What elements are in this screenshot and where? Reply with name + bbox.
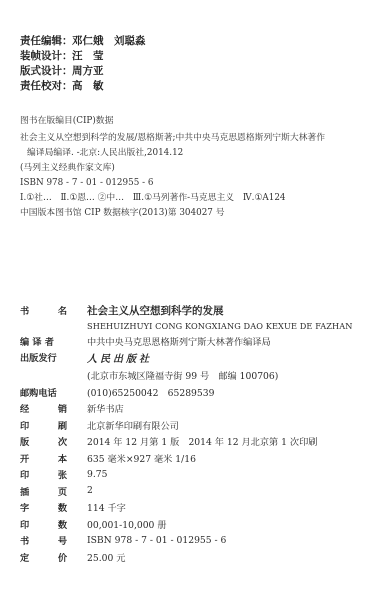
label-char: 字 (20, 500, 29, 514)
info-label: 印数 (20, 517, 67, 531)
label-char: 经 (20, 401, 29, 415)
info-row: 开本635 毫米×927 毫米 1/16 (20, 450, 353, 467)
info-value: 635 毫米×927 毫米 1/16 (67, 451, 196, 465)
phone-value: (010)65250042 65289539 (67, 385, 214, 399)
info-row-publisher: 出版发行 人民出版社 (20, 349, 353, 366)
credit-layout-design: 版式设计：周方亚 (20, 64, 146, 79)
info-label: 插页 (20, 484, 67, 498)
cip-line: 中国版本图书馆 CIP 数据核字(2013)第 304027 号 (20, 205, 325, 222)
info-label: 字数 (20, 500, 67, 514)
label-char: 本 (58, 451, 67, 465)
info-label: 编 译 者 (20, 334, 67, 348)
label-char: 张 (58, 467, 67, 481)
credit-value: 高 敏 (72, 80, 104, 92)
info-value: 新华书店 (67, 401, 124, 415)
label-char: 印 (20, 467, 29, 481)
info-row: 版次2014 年 12 月第 1 版 2014 年 12 月北京第 1 次印刷 (20, 433, 353, 450)
credit-value: 周方亚 (72, 65, 104, 77)
credit-editor: 责任编辑：邓仁娥 刘聪淼 (20, 34, 146, 49)
label-char: 次 (58, 434, 67, 448)
publisher-logo: 人民出版社 (67, 350, 152, 365)
label-char: 开 (20, 451, 29, 465)
info-value: 9.75 (67, 469, 107, 480)
label-char: 页 (58, 484, 67, 498)
label-char: 号 (58, 533, 67, 547)
publisher-address: (北京市东城区隆福寺街 99 号 邮编 100706) (20, 366, 353, 384)
info-label: 邮购电话 (20, 385, 67, 399)
info-row: 印张9.75 (20, 466, 353, 483)
label-char: 数 (58, 500, 67, 514)
info-row: 印数00,001-10,000 册 (20, 516, 353, 533)
credit-proofreader: 责任校对：高 敏 (20, 79, 146, 94)
translator-value: 中共中央马克思恩格斯列宁斯大林著作编译局 (67, 334, 271, 348)
credit-label: 装帧设计： (20, 49, 72, 64)
info-label: 印刷 (20, 418, 67, 432)
info-label: 定价 (20, 550, 67, 564)
label-char: 价 (58, 550, 67, 564)
label-char: 定 (20, 550, 29, 564)
label-char: 名 (58, 303, 67, 317)
credit-label: 责任编辑： (20, 34, 72, 49)
info-label: 开本 (20, 451, 67, 465)
info-value: 2014 年 12 月第 1 版 2014 年 12 月北京第 1 次印刷 (67, 434, 317, 448)
credit-label: 责任校对： (20, 79, 72, 94)
credit-binding-design: 装帧设计：汪 莹 (20, 49, 146, 64)
info-label: 经销 (20, 401, 67, 415)
info-value: 25.00 元 (67, 550, 125, 564)
info-row-title: 书名 社会主义从空想到科学的发展 (20, 302, 353, 319)
info-row-phone: 邮购电话 (010)65250042 65289539 (20, 384, 353, 401)
credit-value: 邓仁娥 刘聪淼 (72, 35, 146, 47)
label-char: 插 (20, 484, 29, 498)
info-value: ISBN 978 - 7 - 01 - 012955 - 6 (67, 535, 226, 546)
info-label: 书号 (20, 533, 67, 547)
info-value: 114 千字 (67, 500, 126, 514)
cip-data-block: 图书在版编目(CIP)数据 社会主义从空想到科学的发展/恩格斯著;中共中央马克思… (20, 113, 325, 222)
label-char: 书 (20, 533, 29, 547)
book-title: 社会主义从空想到科学的发展 (67, 303, 224, 318)
publication-info: 书名 社会主义从空想到科学的发展 SHEHUIZHUYI CONG KONGXI… (20, 302, 353, 565)
info-label: 印张 (20, 467, 67, 481)
info-row: 书号ISBN 978 - 7 - 01 - 012955 - 6 (20, 532, 353, 549)
label-char: 印 (20, 418, 29, 432)
info-row: 字数114 千字 (20, 499, 353, 516)
cip-heading: 图书在版编目(CIP)数据 (20, 113, 325, 130)
info-label: 书名 (20, 303, 67, 317)
info-value: 2 (67, 485, 93, 496)
book-title-pinyin: SHEHUIZHUYI CONG KONGXIANG DAO KEXUE DE … (20, 319, 353, 333)
info-row: 印刷北京新华印刷有限公司 (20, 417, 353, 434)
credits-block: 责任编辑：邓仁娥 刘聪淼 装帧设计：汪 莹 版式设计：周方亚 责任校对：高 敏 (20, 34, 146, 94)
label-char: 版 (20, 434, 29, 448)
label-char: 刷 (58, 418, 67, 432)
info-row-translator: 编 译 者 中共中央马克思恩格斯列宁斯大林著作编译局 (20, 333, 353, 350)
info-label: 出版发行 (20, 350, 67, 364)
credit-value: 汪 莹 (72, 50, 104, 62)
label-char: 书 (20, 303, 29, 317)
info-value: 北京新华印刷有限公司 (67, 418, 179, 432)
info-label: 版次 (20, 434, 67, 448)
label-char: 销 (58, 401, 67, 415)
info-row: 插页2 (20, 483, 353, 500)
label-char: 印 (20, 517, 29, 531)
credit-label: 版式设计： (20, 64, 72, 79)
info-row: 定价25.00 元 (20, 549, 353, 566)
label-char: 数 (58, 517, 67, 531)
info-row: 经销新华书店 (20, 400, 353, 417)
info-value: 00,001-10,000 册 (67, 517, 167, 531)
